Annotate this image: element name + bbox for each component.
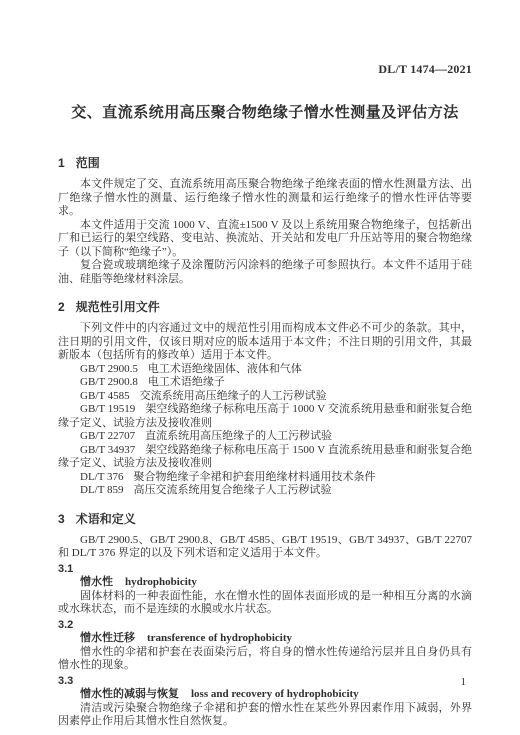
reference-code: GB/T 2900.8	[80, 376, 138, 388]
term-heading: 憎水性hydrophobicity	[58, 576, 472, 590]
reference-title: 交流系统用高压绝缘子的人工污秽试验	[140, 390, 327, 402]
term-heading: 憎水性迁移transference of hydrophobicity	[58, 632, 472, 646]
term-english: loss and recovery of hydrophobicity	[191, 688, 359, 700]
section-2-title: 规范性引用文件	[76, 300, 160, 314]
reference-item: GB/T 4585交流系统用高压绝缘子的人工污秽试验	[58, 390, 472, 404]
reference-code: GB/T 34937	[80, 444, 135, 456]
scope-paragraph-3: 复合瓷或玻璃绝缘子及涂覆防污闪涂料的绝缘子可参照执行。本文件不适用于硅油、硅脂等…	[58, 259, 472, 286]
reference-code: DL/T 859	[80, 484, 124, 496]
term-chinese: 憎水性的减弱与恢复	[80, 688, 179, 700]
reference-title: 电工术语绝缘固体、液体和气体	[148, 363, 302, 375]
term-chinese: 憎水性迁移	[80, 632, 135, 644]
reference-item: GB/T 22707直流系统用高压绝缘子的人工污秽试验	[58, 430, 472, 444]
section-1-heading: 1范围	[58, 156, 472, 171]
reference-code: GB/T 4585	[80, 390, 130, 402]
section-terms-definitions: 3术语和定义 GB/T 2900.5、GB/T 2900.8、GB/T 4585…	[58, 512, 472, 729]
term-number: 3.2	[58, 619, 472, 633]
reference-item: GB/T 2900.5电工术语绝缘固体、液体和气体	[58, 363, 472, 377]
term-number: 3.1	[58, 563, 472, 577]
reference-title: 电工术语绝缘子	[148, 376, 225, 388]
section-1-title: 范围	[76, 156, 100, 170]
term-chinese: 憎水性	[80, 576, 113, 588]
references-intro: 下列文件中的内容通过文中的规范性引用而构成本文件必不可少的条款。其中，注日期的引…	[58, 322, 472, 363]
reference-item: GB/T 34937架空线路绝缘子标称电压高于 1500 V 直流系统用悬垂和耐…	[58, 444, 472, 471]
reference-code: GB/T 2900.5	[80, 363, 138, 375]
page-number: 1	[461, 676, 467, 689]
scope-paragraph-2: 本文件适用于交流 1000 V、直流±1500 V 及以上系统用聚合物绝缘子，包…	[58, 219, 472, 260]
reference-title: 聚合物绝缘子伞裙和护套用绝缘材料通用技术条件	[134, 471, 376, 483]
reference-title: 直流系统用高压绝缘子的人工污秽试验	[145, 430, 332, 442]
reference-item: DL/T 859高压交流系统用复合绝缘子人工污秽试验	[58, 484, 472, 498]
section-2-heading: 2规范性引用文件	[58, 300, 472, 315]
section-normative-references: 2规范性引用文件 下列文件中的内容通过文中的规范性引用而构成本文件必不可少的条款…	[58, 300, 472, 498]
doc-code: DL/T 1474—2021	[378, 62, 472, 76]
scope-paragraph-1: 本文件规定了交、直流系统用高压聚合物绝缘子绝缘表面的憎水性测量方法、出厂绝缘子憎…	[58, 178, 472, 219]
document-page: DL/T 1474—2021 交、直流系统用高压聚合物绝缘子憎水性测量及评估方法…	[0, 0, 520, 735]
term-heading: 憎水性的减弱与恢复loss and recovery of hydrophobi…	[58, 688, 472, 702]
reference-item: DL/T 376聚合物绝缘子伞裙和护套用绝缘材料通用技术条件	[58, 471, 472, 485]
running-header: DL/T 1474—2021	[58, 62, 472, 76]
term-english: transference of hydrophobicity	[147, 632, 292, 644]
document-title: 交、直流系统用高压聚合物绝缘子憎水性测量及评估方法	[58, 103, 472, 123]
reference-code: DL/T 376	[80, 471, 124, 483]
term-definition: 憎水性的伞裙和护套在表面染污后，将自身的憎水性传递给污层并且自身仍具有憎水性的现…	[58, 646, 472, 673]
section-scope: 1范围 本文件规定了交、直流系统用高压聚合物绝缘子绝缘表面的憎水性测量方法、出厂…	[58, 156, 472, 286]
section-3-title: 术语和定义	[76, 512, 136, 526]
reference-title: 高压交流系统用复合绝缘子人工污秽试验	[134, 484, 332, 496]
reference-item: GB/T 2900.8电工术语绝缘子	[58, 376, 472, 390]
reference-code: GB/T 22707	[80, 430, 135, 442]
reference-code: GB/T 19519	[80, 403, 135, 415]
section-2-number: 2	[58, 300, 65, 315]
term-english: hydrophobicity	[125, 576, 197, 588]
term-number: 3.3	[58, 675, 472, 689]
term-definition: 清洁或污染聚合物绝缘子伞裙和护套的憎水性在某些外界因素作用下减弱，外界因素停止作…	[58, 702, 472, 729]
reference-item: GB/T 19519架空线路绝缘子标称电压高于 1000 V 交流系统用悬垂和耐…	[58, 403, 472, 430]
section-3-number: 3	[58, 512, 65, 527]
terms-intro: GB/T 2900.5、GB/T 2900.8、GB/T 4585、GB/T 1…	[58, 534, 472, 561]
section-3-heading: 3术语和定义	[58, 512, 472, 527]
term-definition: 固体材料的一种表面性能，水在憎水性的固体表面形成的是一种相互分离的水滴或水珠状态…	[58, 590, 472, 617]
section-1-number: 1	[58, 156, 65, 171]
